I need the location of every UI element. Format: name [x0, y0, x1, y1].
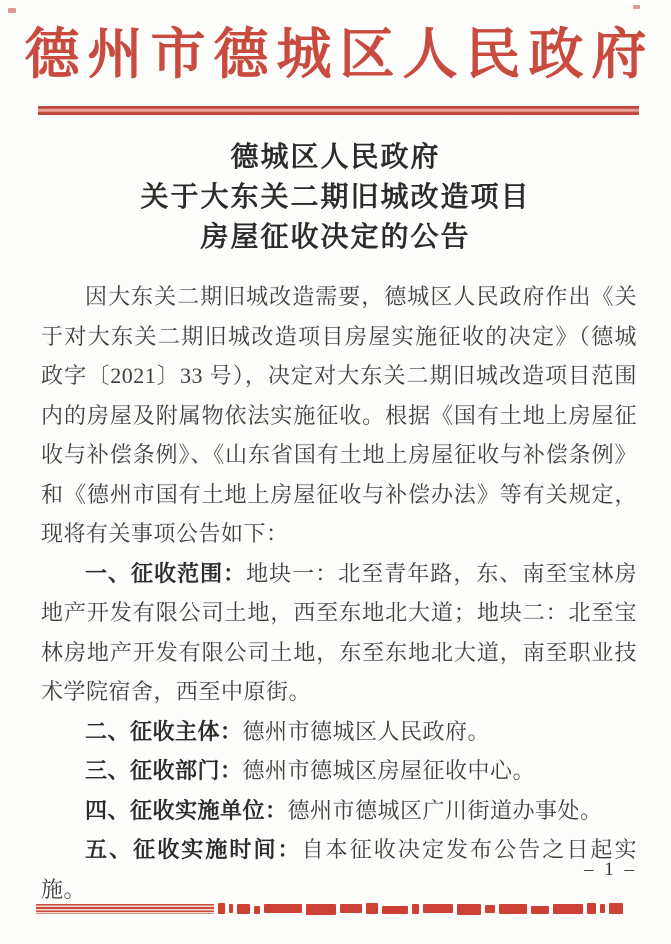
section-label: 五、征收实施时间：: [85, 837, 302, 862]
section-text: 德州市德城区房屋征收中心。: [243, 758, 536, 783]
section-text: 德州市德城区广川街道办事处。: [288, 798, 603, 823]
section-expropriation-department: 三、征收部门：德州市德城区房屋征收中心。: [41, 751, 637, 791]
scan-speck: [8, 8, 16, 13]
section-label: 三、征收部门：: [85, 758, 243, 783]
title-line-1: 德城区人民政府: [0, 138, 671, 178]
letterhead-agency-name: 德州市德城区人民政府: [0, 16, 671, 94]
redacted-stripe-segment: [36, 904, 214, 914]
scan-speck: [633, 5, 640, 9]
section-label: 一、征收范围：: [85, 561, 246, 586]
section-label: 二、征收主体：: [85, 719, 243, 744]
section-text: 德州市德城区人民政府。: [243, 719, 491, 744]
letterhead-divider-line: [38, 106, 639, 115]
scanned-document-page: 德州市德城区人民政府 德城区人民政府 关于大东关二期旧城改造项目 房屋征收决定的…: [0, 0, 671, 944]
document-title: 德城区人民政府 关于大东关二期旧城改造项目 房屋征收决定的公告: [0, 138, 671, 258]
section-implementation-time: 五、征收实施时间：自本征收决定发布公告之日起实施。: [41, 830, 637, 909]
redacted-watermark-strip: [36, 901, 665, 916]
intro-paragraph: 因大东关二期旧城改造需要，德城区人民政府作出《关于对大东关二期旧城改造项目房屋实…: [41, 277, 637, 554]
section-expropriation-scope: 一、征收范围：地块一：北至青年路，东、南至宝林房地产开发有限公司土地，西至东地北…: [41, 554, 637, 712]
page-number: – 1 –: [584, 859, 637, 881]
section-expropriation-subject: 二、征收主体：德州市德城区人民政府。: [41, 712, 637, 752]
title-line-3: 房屋征收决定的公告: [0, 218, 671, 258]
document-body: 因大东关二期旧城改造需要，德城区人民政府作出《关于对大东关二期旧城改造项目房屋实…: [41, 277, 637, 909]
section-implementing-unit: 四、征收实施单位：德州市德城区广川街道办事处。: [41, 791, 637, 831]
title-line-2: 关于大东关二期旧城改造项目: [0, 178, 671, 218]
section-label: 四、征收实施单位：: [85, 798, 288, 823]
